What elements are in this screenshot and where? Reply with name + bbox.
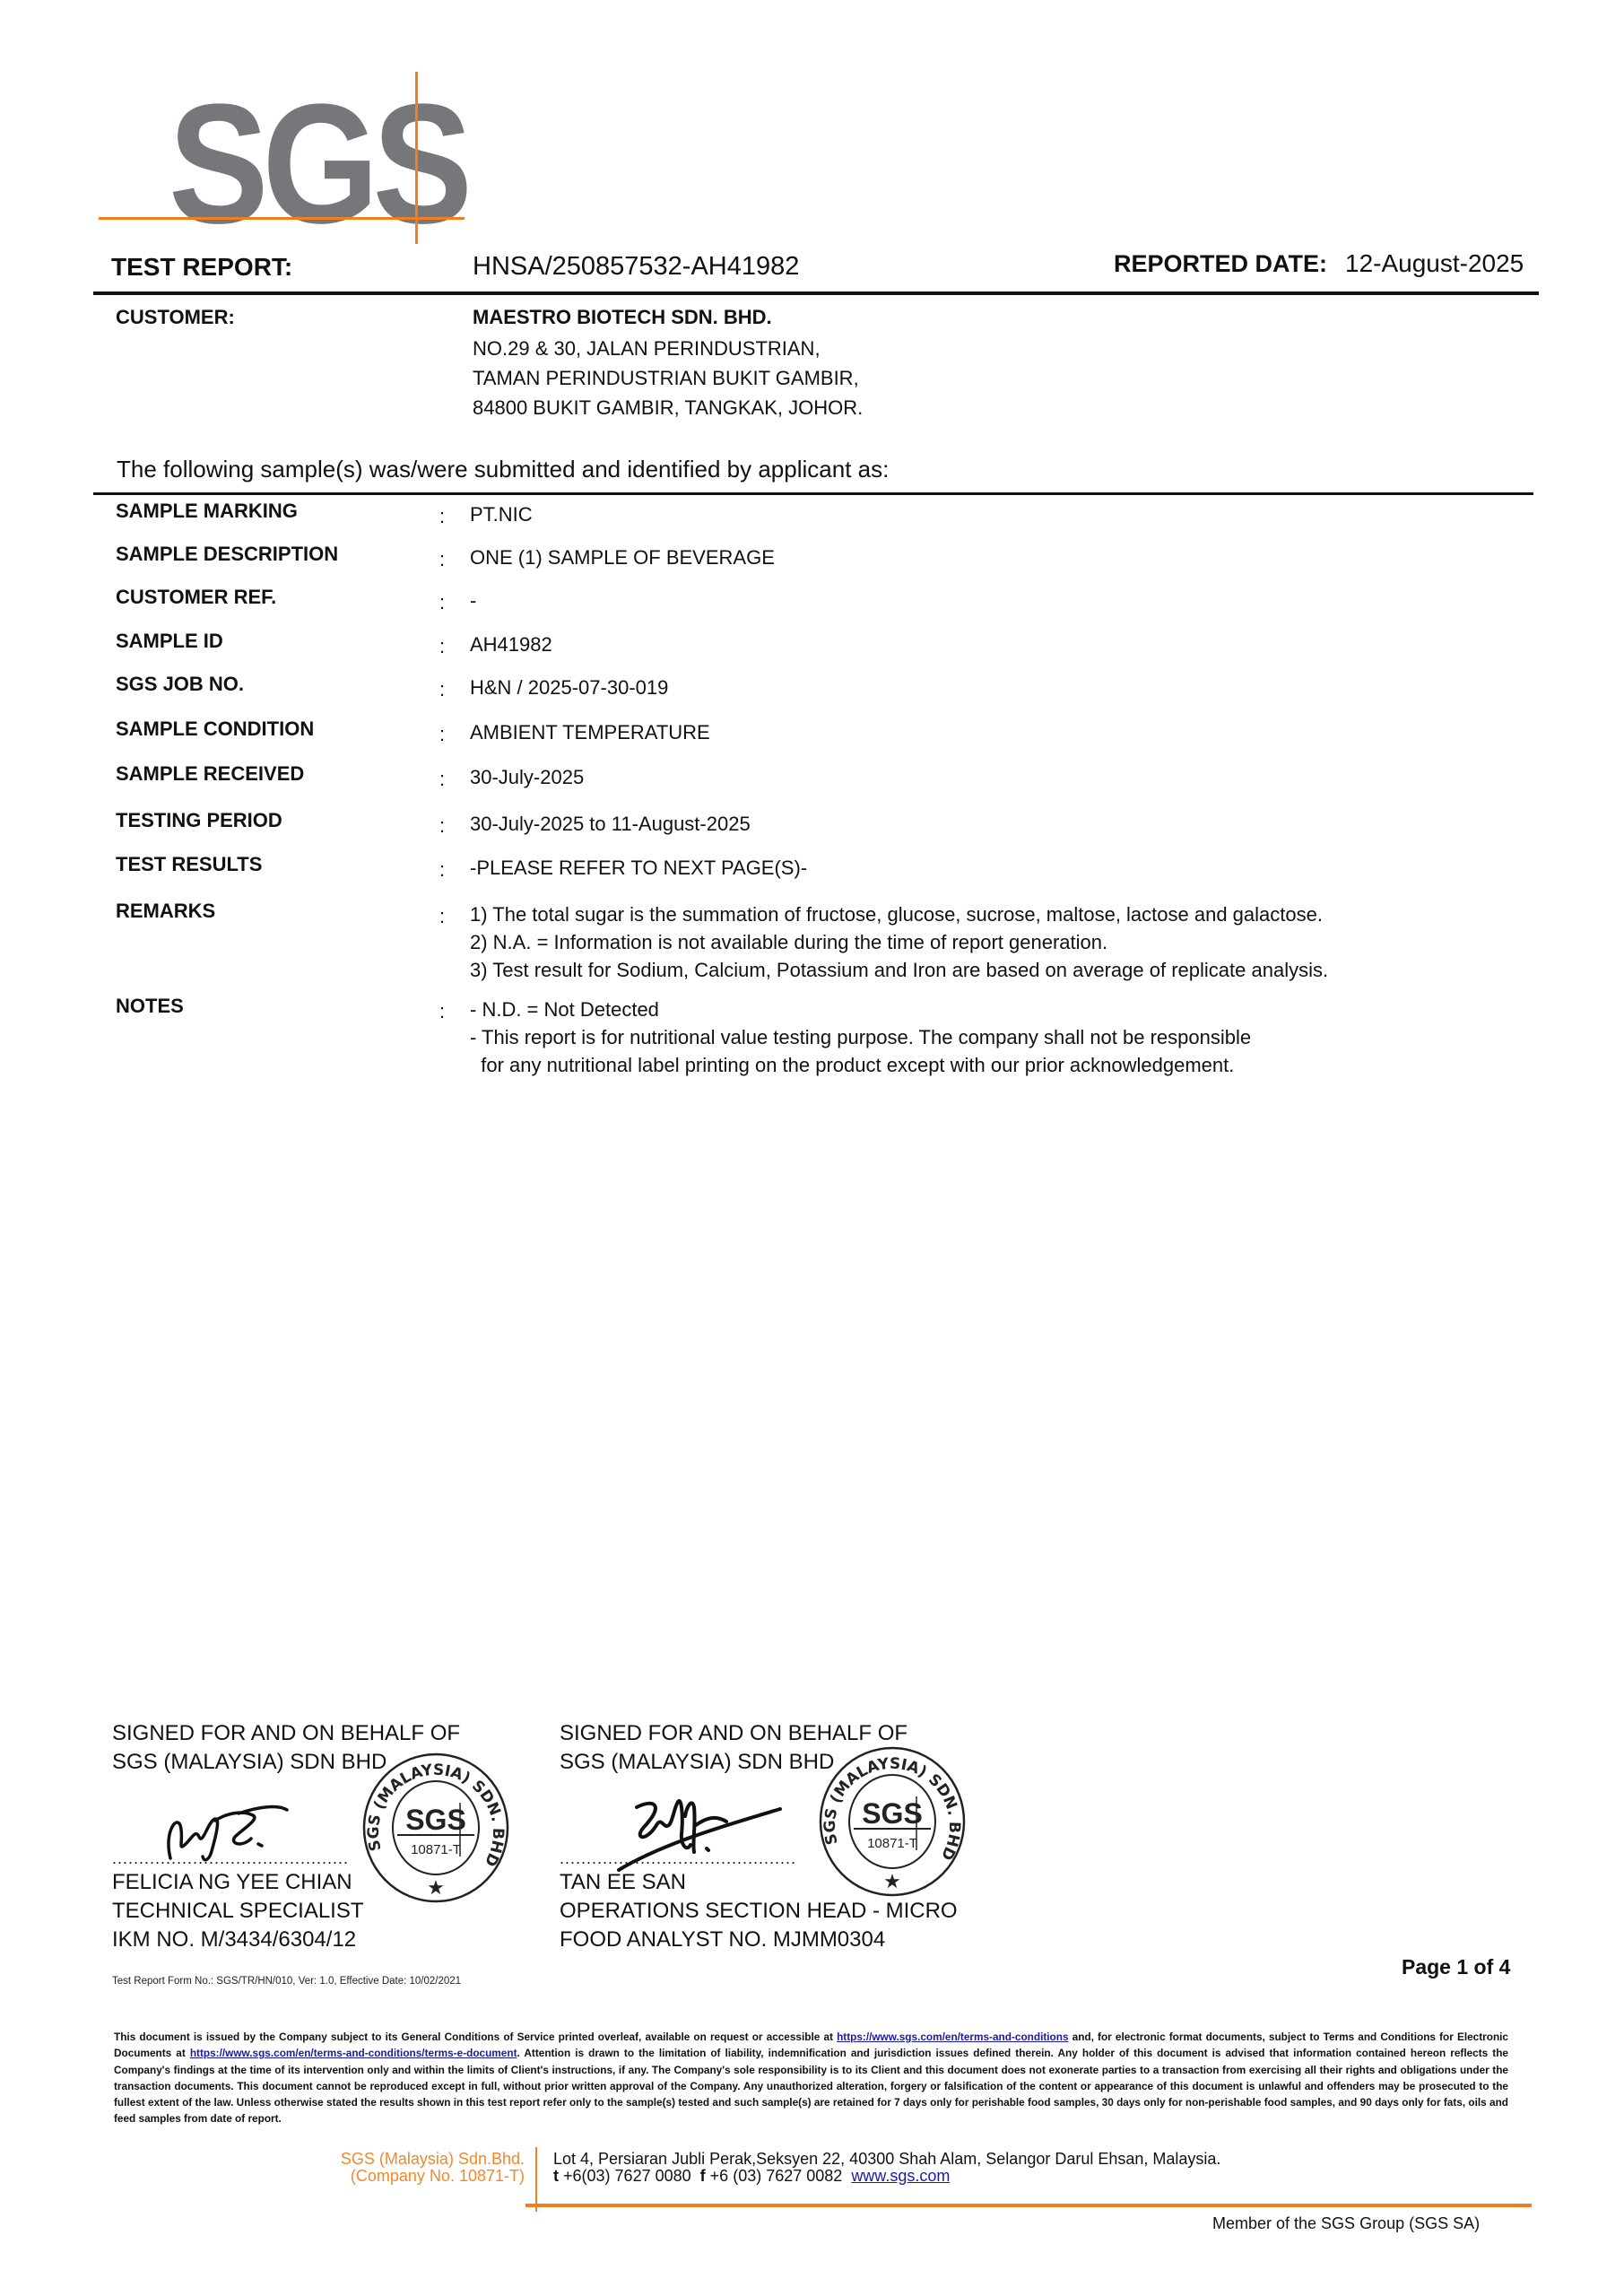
signature-2-line: ........................................… xyxy=(560,1849,796,1868)
value-line: - This report is for nutritional value t… xyxy=(470,1023,1251,1051)
footer-address: Lot 4, Persiaran Jubli Perak,Seksyen 22,… xyxy=(553,2151,1220,2168)
field-separator: : xyxy=(439,905,445,928)
label-customer-ref: CUSTOMER REF. xyxy=(116,586,276,609)
website-link[interactable]: www.sgs.com xyxy=(851,2167,950,2185)
test-report-number: HNSA/250857532-AH41982 xyxy=(473,252,799,282)
value-line: - xyxy=(470,587,476,614)
signed-for-line: SIGNED FOR AND ON BEHALF OF xyxy=(112,1719,460,1748)
label-sample-description: SAMPLE DESCRIPTION xyxy=(116,543,338,566)
signatory-2-credential: FOOD ANALYST NO. MJMM0304 xyxy=(560,1926,958,1954)
customer-address: NO.29 & 30, JALAN PERINDUSTRIAN, TAMAN P… xyxy=(473,334,863,422)
svg-text:★: ★ xyxy=(883,1870,901,1892)
customer-label: CUSTOMER: xyxy=(116,306,235,329)
value-line: AH41982 xyxy=(470,631,552,658)
company-stamp-icon: SGS (MALAYSIA) SDN. BHD. SGS 10871-T ★ xyxy=(816,1744,968,1897)
footer-company: SGS (Malaysia) Sdn.Bhd. (Company No. 108… xyxy=(296,2151,525,2185)
label-testing-period: TESTING PERIOD xyxy=(116,809,282,832)
value-line: AMBIENT TEMPERATURE xyxy=(470,718,710,746)
reported-date-value: 12-August-2025 xyxy=(1345,249,1524,278)
footer-company-name: SGS (Malaysia) Sdn.Bhd. xyxy=(296,2151,525,2168)
value-sample-condition: AMBIENT TEMPERATURE xyxy=(470,718,710,746)
value-sample-description: ONE (1) SAMPLE OF BEVERAGE xyxy=(470,544,775,571)
field-separator: : xyxy=(439,723,445,746)
value-line: 30-July-2025 xyxy=(470,763,584,791)
svg-text:10871-T: 10871-T xyxy=(867,1836,917,1851)
phone-prefix: t xyxy=(553,2167,559,2185)
form-number: Test Report Form No.: SGS/TR/HN/010, Ver… xyxy=(112,1976,461,1987)
value-testing-period: 30-July-2025 to 11-August-2025 xyxy=(470,810,751,838)
logo-orange-vertical-line xyxy=(415,72,418,244)
footer-company-number: (Company No. 10871-T) xyxy=(296,2168,525,2185)
customer-name: MAESTRO BIOTECH SDN. BHD. xyxy=(473,306,772,329)
value-customer-ref: - xyxy=(470,587,476,614)
footer-contact: t +6(03) 7627 0080 f +6 (03) 7627 0082 w… xyxy=(553,2168,1220,2185)
reported-date-label: REPORTED DATE: xyxy=(1114,250,1327,278)
label-sample-condition: SAMPLE CONDITION xyxy=(116,717,314,741)
intro-text: The following sample(s) was/were submitt… xyxy=(117,456,889,483)
value-line: - N.D. = Not Detected xyxy=(470,996,1251,1023)
company-stamp-1: SGS (MALAYSIA) SDN. BHD. SGS 10871-T ★ xyxy=(360,1751,512,1903)
fax-prefix: f xyxy=(700,2167,706,2185)
page-indicator: Page 1 of 4 xyxy=(1402,1955,1510,1979)
field-separator: : xyxy=(439,548,445,571)
signatory-1-name: FELICIA NG YEE CHIAN xyxy=(112,1868,364,1897)
value-test-results: -PLEASE REFER TO NEXT PAGE(S)- xyxy=(470,854,807,882)
field-separator: : xyxy=(439,814,445,838)
value-line: 2) N.A. = Information is not available d… xyxy=(470,928,1328,956)
footer-orange-horizontal-line xyxy=(525,2204,1532,2207)
svg-text:10871-T: 10871-T xyxy=(411,1842,461,1857)
value-line: 3) Test result for Sodium, Calcium, Pota… xyxy=(470,956,1328,984)
customer-address-line: TAMAN PERINDUSTRIAN BUKIT GAMBIR, xyxy=(473,363,863,393)
svg-text:SGS: SGS xyxy=(405,1804,466,1836)
signatory-1-details: FELICIA NG YEE CHIAN TECHNICAL SPECIALIS… xyxy=(112,1868,364,1954)
terms-and-conditions-link[interactable]: https://www.sgs.com/en/terms-and-conditi… xyxy=(837,2031,1068,2043)
value-remarks: 1) The total sugar is the summation of f… xyxy=(470,900,1328,984)
label-sgs-job-no: SGS JOB NO. xyxy=(116,673,244,696)
svg-text:★: ★ xyxy=(427,1876,445,1899)
label-sample-received: SAMPLE RECEIVED xyxy=(116,762,304,786)
customer-address-line: NO.29 & 30, JALAN PERINDUSTRIAN, xyxy=(473,334,863,363)
signatory-1-credential: IKM NO. M/3434/6304/12 xyxy=(112,1926,364,1954)
value-notes: - N.D. = Not Detected- This report is fo… xyxy=(470,996,1251,1079)
field-separator: : xyxy=(439,505,445,528)
test-report-label: TEST REPORT: xyxy=(111,253,292,282)
fax-number: +6 (03) 7627 0082 xyxy=(710,2167,843,2185)
value-line: PT.NIC xyxy=(470,500,533,528)
customer-address-line: 84800 BUKIT GAMBIR, TANGKAK, JOHOR. xyxy=(473,393,863,422)
label-sample-id: SAMPLE ID xyxy=(116,630,223,653)
label-notes: NOTES xyxy=(116,995,184,1018)
label-test-results: TEST RESULTS xyxy=(116,853,262,876)
field-separator: : xyxy=(439,858,445,882)
terms-e-document-link[interactable]: https://www.sgs.com/en/terms-and-conditi… xyxy=(190,2047,517,2059)
value-line: for any nutritional label printing on th… xyxy=(470,1051,1251,1079)
company-stamp-2: SGS (MALAYSIA) SDN. BHD. SGS 10871-T ★ xyxy=(816,1744,968,1897)
field-separator: : xyxy=(439,591,445,614)
value-sample-received: 30-July-2025 xyxy=(470,763,584,791)
field-separator: : xyxy=(439,678,445,701)
header-divider xyxy=(93,291,1539,295)
label-sample-marking: SAMPLE MARKING xyxy=(116,500,298,523)
svg-text:SGS: SGS xyxy=(862,1797,923,1830)
value-line: 1) The total sugar is the summation of f… xyxy=(470,900,1328,928)
footer-address-block: Lot 4, Persiaran Jubli Perak,Seksyen 22,… xyxy=(553,2151,1220,2185)
signatory-2-title: OPERATIONS SECTION HEAD - MICRO xyxy=(560,1897,958,1926)
footer-orange-vertical-line xyxy=(535,2147,537,2212)
sgs-group-member-text: Member of the SGS Group (SGS SA) xyxy=(1212,2214,1480,2233)
intro-divider xyxy=(93,492,1533,495)
label-remarks: REMARKS xyxy=(116,900,215,923)
field-separator: : xyxy=(439,768,445,791)
disclaimer-text: This document is issued by the Company s… xyxy=(114,2031,837,2043)
legal-disclaimer: This document is issued by the Company s… xyxy=(114,2029,1508,2127)
field-separator: : xyxy=(439,1000,445,1023)
logo-orange-horizontal-line xyxy=(99,217,465,220)
signature-1-line: ........................................… xyxy=(112,1849,349,1868)
signatory-1-title: TECHNICAL SPECIALIST xyxy=(112,1897,364,1926)
company-stamp-icon: SGS (MALAYSIA) SDN. BHD. SGS 10871-T ★ xyxy=(360,1751,512,1903)
value-line: 30-July-2025 to 11-August-2025 xyxy=(470,810,751,838)
sgs-logo: SGS xyxy=(97,63,473,242)
phone-number: +6(03) 7627 0080 xyxy=(563,2167,691,2185)
value-line: -PLEASE REFER TO NEXT PAGE(S)- xyxy=(470,854,807,882)
value-line: ONE (1) SAMPLE OF BEVERAGE xyxy=(470,544,775,571)
value-sgs-job-no: H&N / 2025-07-30-019 xyxy=(470,674,668,701)
value-sample-id: AH41982 xyxy=(470,631,552,658)
value-line: H&N / 2025-07-30-019 xyxy=(470,674,668,701)
field-separator: : xyxy=(439,635,445,658)
value-sample-marking: PT.NIC xyxy=(470,500,533,528)
sgs-logo-text: SGS xyxy=(169,79,466,249)
